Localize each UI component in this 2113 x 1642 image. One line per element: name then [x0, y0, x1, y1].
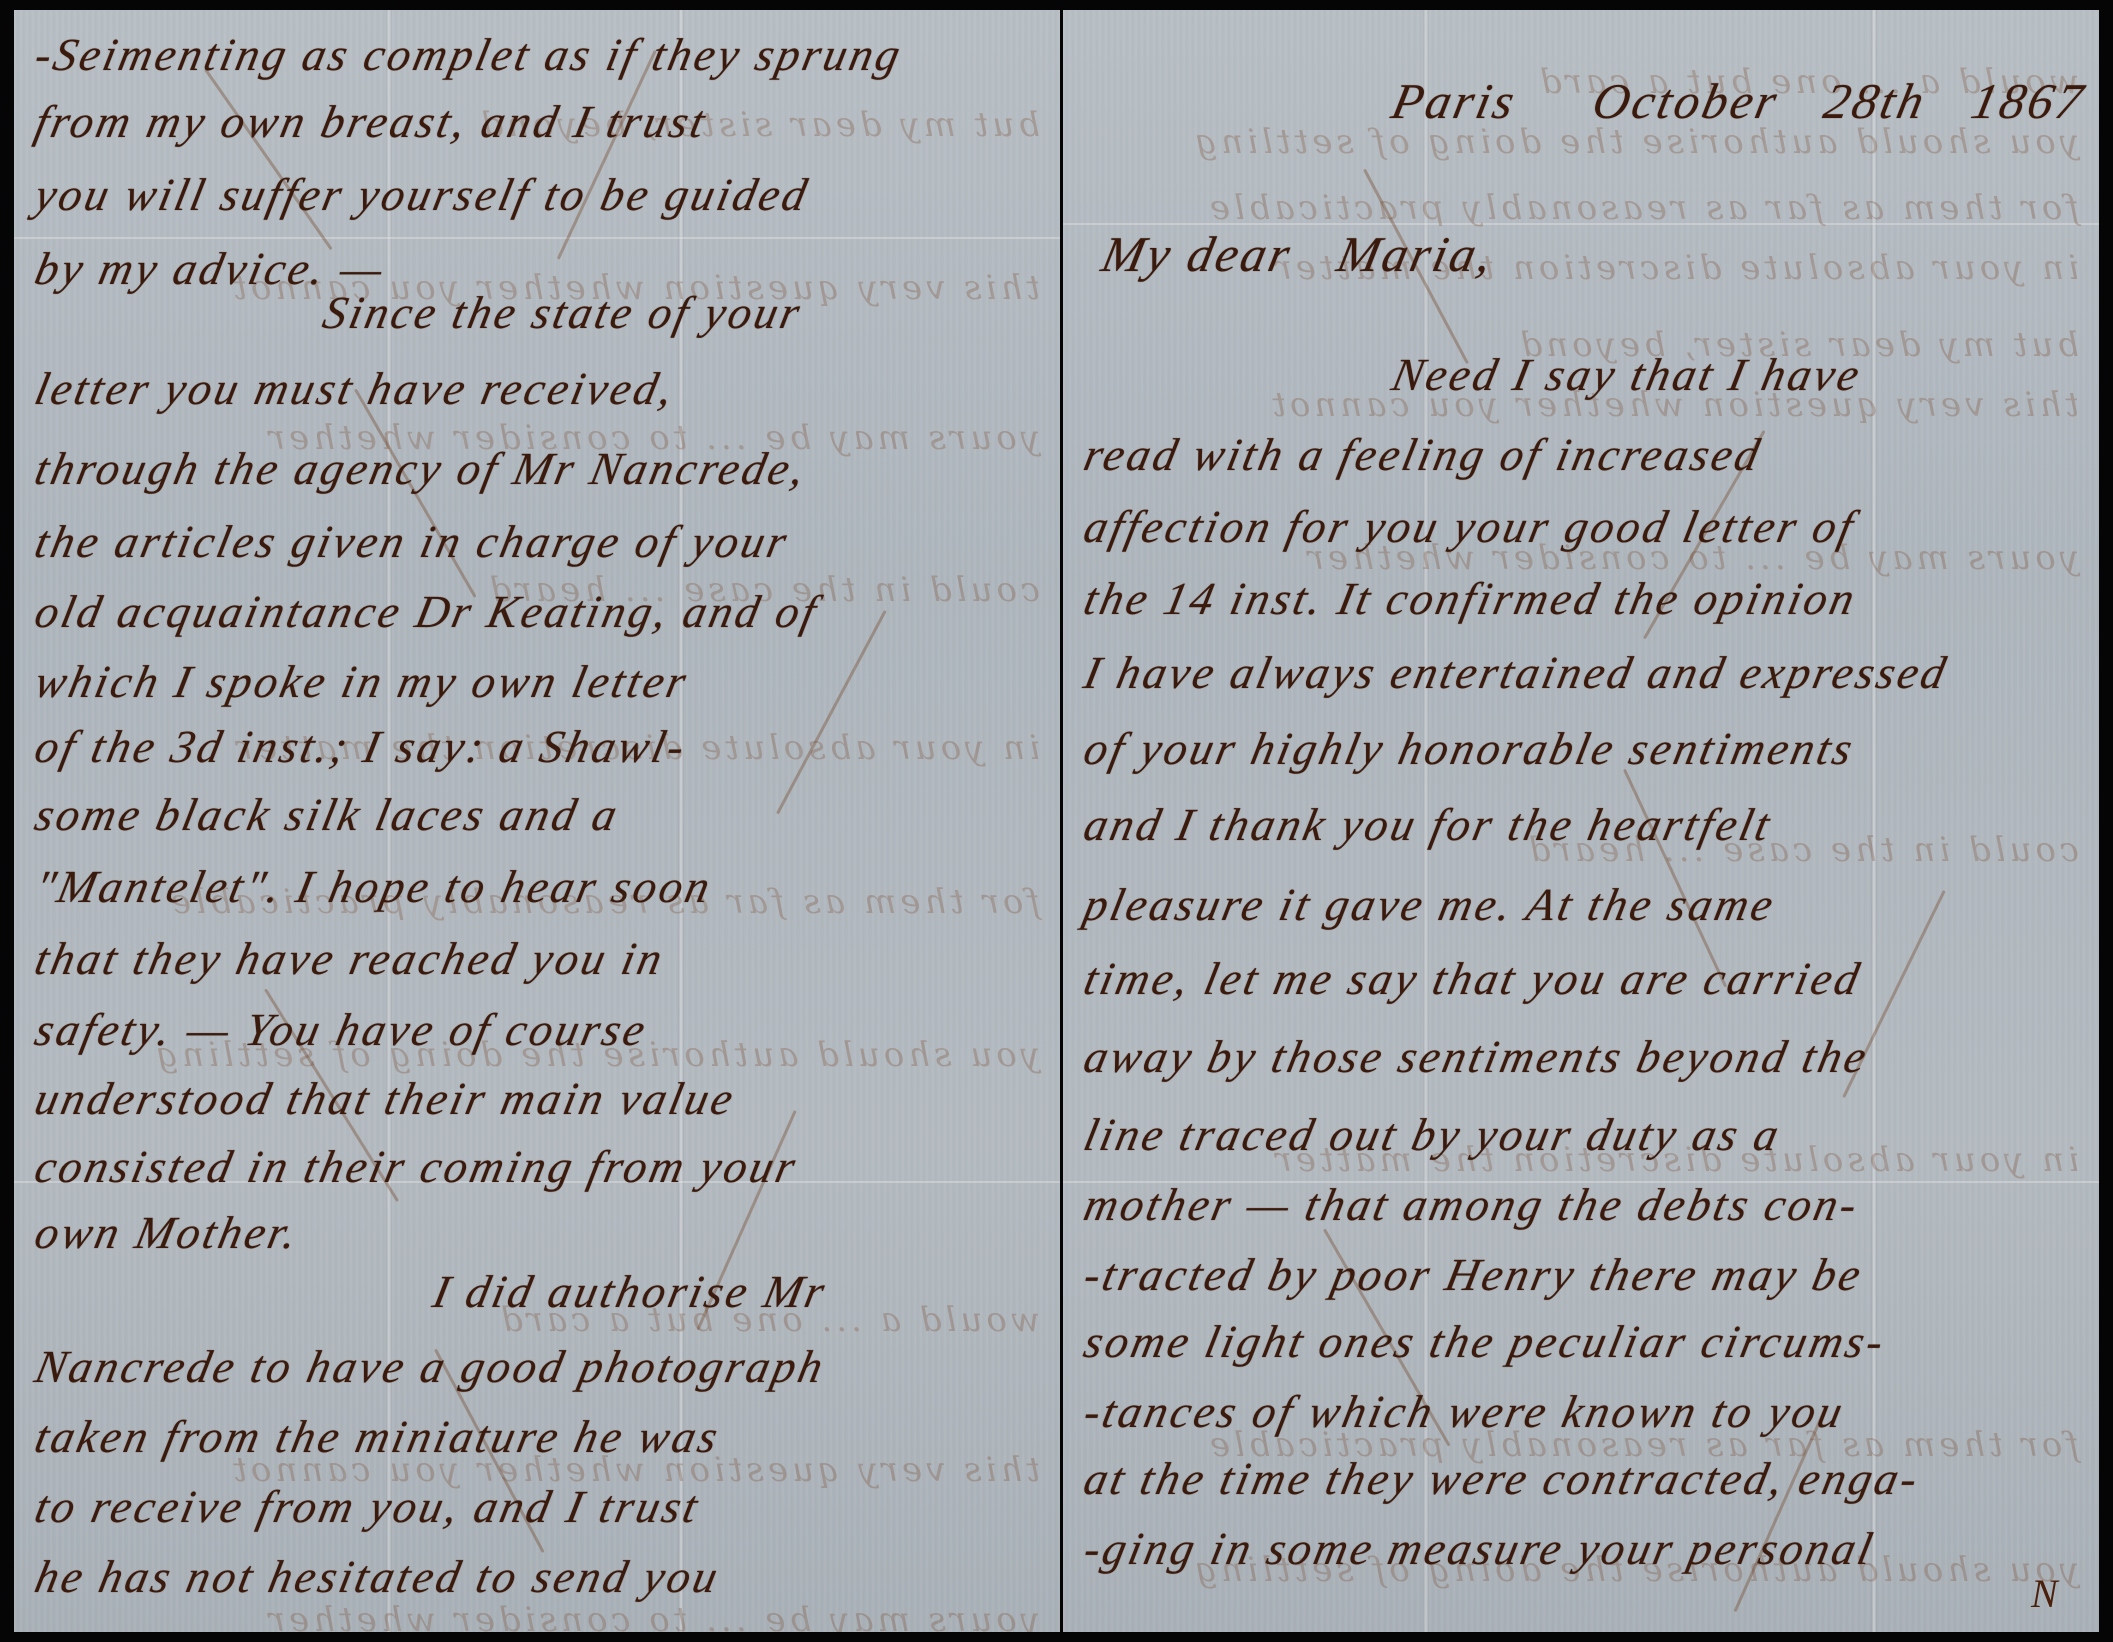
- letter-line: he has not hesitated to send you: [30, 1550, 725, 1603]
- letter-line: time, let me say that you are carried: [1079, 952, 1866, 1005]
- page-corner-mark: N: [2031, 1570, 2058, 1617]
- letter-line: taken from the miniature he was: [30, 1410, 725, 1463]
- letter-line: safety. — You have of course: [30, 1003, 653, 1056]
- letter-line: which I spoke in my own letter: [30, 655, 693, 708]
- letter-line: of your highly honorable sentiments: [1079, 722, 1860, 775]
- letter-line: -ging in some measure your personal: [1079, 1522, 1880, 1575]
- letter-line: Since the state of your: [318, 286, 807, 339]
- letter-page-left: but my dear sister, beyond this very que…: [14, 10, 1060, 1632]
- letter-line: "Mantelet". I hope to hear soon: [30, 860, 717, 913]
- letter-line: affection for you your good letter of: [1079, 500, 1860, 553]
- fold-line-horizontal: [14, 236, 1060, 240]
- dateline-year: 1867: [1967, 73, 2091, 129]
- letter-line: own Mother.: [30, 1206, 304, 1259]
- letter-line: I did authorise Mr: [428, 1265, 832, 1318]
- letter-line: read with a feeling of increased: [1079, 428, 1767, 481]
- dateline: Paris October 28th 1867: [1387, 72, 2091, 130]
- letter-line: Need I say that I have: [1387, 348, 1867, 401]
- letter-line: from my own breast, and I trust: [30, 95, 712, 148]
- letter-line: at the time they were contracted, enga-: [1079, 1452, 1925, 1505]
- letter-page-right: would a ... one but a card you should au…: [1063, 10, 2099, 1632]
- letter-line: to receive from you, and I trust: [30, 1480, 705, 1533]
- letter-line: -Seimenting as complet as if they sprung: [30, 28, 907, 81]
- letter-line: away by those sentiments beyond the: [1079, 1030, 1874, 1083]
- letter-line: of the 3d inst.; I say: a Shawl-: [30, 720, 692, 773]
- letter-line: Nancrede to have a good photograph: [30, 1340, 830, 1393]
- letter-line: some light ones the peculiar circums-: [1079, 1315, 1891, 1368]
- letter-line: consisted in their coming from your: [30, 1140, 803, 1193]
- salutation-prefix: My dear: [1097, 226, 1298, 282]
- dateline-place: Paris: [1387, 73, 1522, 129]
- letter-line: the articles given in charge of your: [30, 515, 794, 568]
- letter-line: the 14 inst. It confirmed the opinion: [1079, 572, 1862, 625]
- letter-line: line traced out by your duty as a: [1079, 1108, 1786, 1161]
- letter-line: you will suffer yourself to be guided: [30, 168, 814, 221]
- letter-line: mother — that among the debts con-: [1079, 1178, 1864, 1231]
- letter-line: I have always entertained and expressed: [1079, 646, 1953, 699]
- letter-line: through the agency of Mr Nancrede,: [30, 442, 812, 495]
- salutation-name: Maria,: [1333, 226, 1500, 282]
- letter-line: old acquaintance Dr Keating, and of: [30, 585, 823, 638]
- dateline-day: 28th: [1819, 73, 1932, 129]
- letter-line: pleasure it gave me. At the same: [1079, 878, 1780, 931]
- dateline-month: October: [1588, 73, 1785, 129]
- letter-line: some black silk laces and a: [30, 788, 624, 841]
- cross-stroke: [557, 50, 657, 260]
- letter-line: and I thank you for the heartfelt: [1079, 798, 1777, 851]
- letter-line: -tracted by poor Henry there may be: [1079, 1248, 1868, 1301]
- bleed-through-text: for them as far as reasonably practicabl…: [1083, 188, 2079, 228]
- letter-line: -tances of which were known to you: [1079, 1385, 1850, 1438]
- salutation: My dear Maria,: [1097, 225, 1500, 283]
- scan-background: but my dear sister, beyond this very que…: [0, 0, 2113, 1642]
- letter-line: letter you must have received,: [30, 362, 680, 415]
- letter-line: that they have reached you in: [30, 932, 669, 985]
- letter-line: understood that their main value: [30, 1072, 740, 1125]
- cross-stroke: [776, 610, 887, 814]
- bleed-through-text: yours may be ... to consider whether: [34, 1600, 1040, 1632]
